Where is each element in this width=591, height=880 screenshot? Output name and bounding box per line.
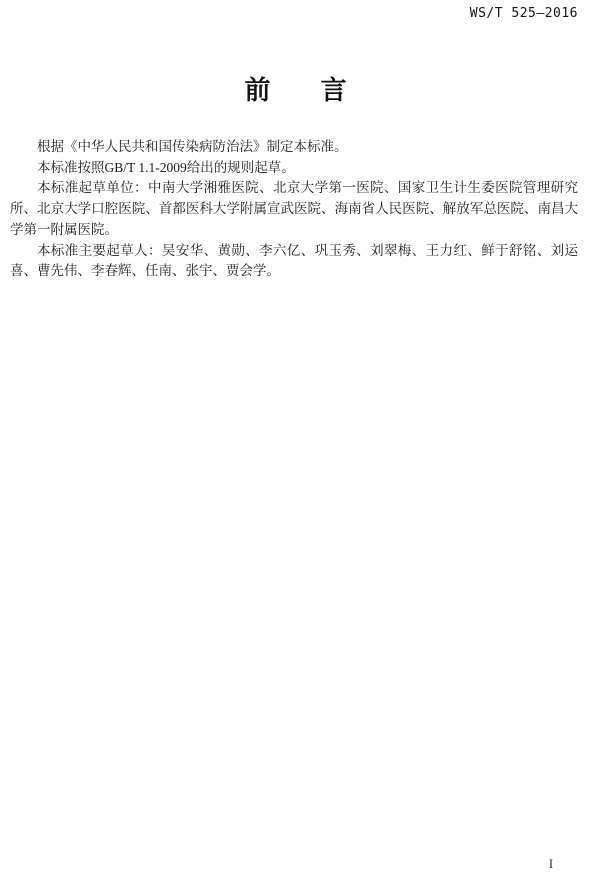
foreword-body: 根据《中华人民共和国传染病防治法》制定本标准。 本标准按照GB/T 1.1-20… xyxy=(10,137,578,282)
foreword-paragraph-drafters: 本标准主要起草人：吴安华、黄勋、李六亿、巩玉秀、刘翠梅、王力红、鲜于舒铭、刘运喜… xyxy=(10,241,578,282)
page-number: I xyxy=(549,857,553,872)
document-page: WS/T 525—2016 前 言 根据《中华人民共和国传染病防治法》制定本标准… xyxy=(0,0,591,880)
standard-number: WS/T 525—2016 xyxy=(470,6,578,21)
page-title-char-left: 前 xyxy=(244,78,270,104)
page-title: 前 言 xyxy=(0,78,591,104)
foreword-paragraph-organizations: 本标准起草单位：中南大学湘雅医院、北京大学第一医院、国家卫生计生委医院管理研究所… xyxy=(10,178,578,240)
page-title-char-right: 言 xyxy=(321,78,347,104)
foreword-paragraph-rules: 本标准按照GB/T 1.1-2009给出的规则起草。 xyxy=(10,158,578,179)
foreword-paragraph-basis: 根据《中华人民共和国传染病防治法》制定本标准。 xyxy=(10,137,578,158)
